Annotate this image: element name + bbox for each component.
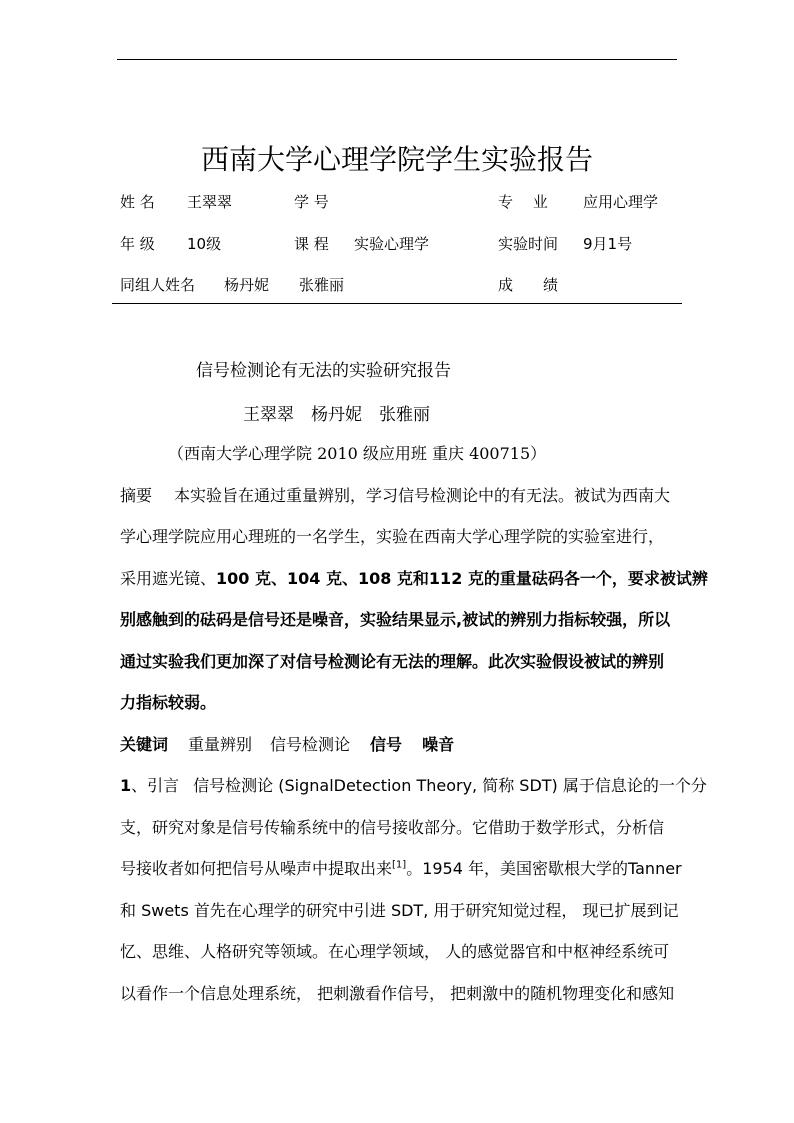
keyword-item: 信号检测论 bbox=[270, 735, 350, 754]
info-row-2: 年 级 10级 课 程 实验心理学 实验时间 9月1号 bbox=[120, 233, 680, 255]
major-label: 专 业 bbox=[498, 191, 548, 212]
major-value: 应用心理学 bbox=[583, 191, 658, 212]
course-value: 实验心理学 bbox=[354, 233, 429, 254]
intro-line-2: 支，研究对象是信号传输系统中的信号接收部分。它借助于数学形式，分析信 bbox=[120, 815, 680, 838]
section-number: 1 bbox=[120, 776, 131, 795]
header-rule bbox=[117, 59, 677, 60]
intro-text: 。1954 年，美国密歇根大学的Tanner bbox=[406, 859, 681, 878]
info-rule bbox=[112, 303, 682, 304]
abstract-line-3: 采用遮光镜、100 克、104 克、108 克和112 克的重量砝码各一个，要求… bbox=[120, 566, 680, 589]
abstract-text: 本实验旨在通过重量辨别，学习信号检测论中的有无法。被试为西南大 bbox=[174, 486, 670, 505]
student-id-label: 学 号 bbox=[294, 191, 329, 212]
keywords-label: 关键词 bbox=[120, 735, 168, 754]
grade-value: 10级 bbox=[187, 233, 221, 254]
intro-line-1: 1、引言信号检测论 (SignalDetection Theory, 简称 SD… bbox=[120, 773, 680, 796]
grade-label: 年 级 bbox=[120, 233, 155, 254]
report-title: 西南大学心理学院学生实验报告 bbox=[0, 138, 794, 178]
keyword-item: 噪音 bbox=[422, 735, 454, 754]
abstract-text-normal: 采用遮光镜、 bbox=[120, 569, 216, 588]
paper-affiliation: （西南大学心理学院 2010 级应用班 重庆 400715） bbox=[168, 441, 546, 464]
abstract-line-4: 别感触到的砝码是信号还是噪音，实验结果显示,被试的辨别力指标较强，所以 bbox=[120, 607, 680, 630]
intro-line-3: 号接收者如何把信号从噪声中提取出来[1]。1954 年，美国密歇根大学的Tann… bbox=[120, 856, 680, 879]
score-label: 成 绩 bbox=[498, 274, 558, 295]
group-member-1: 杨丹妮 bbox=[224, 274, 269, 295]
abstract-text-bold: 100 克、104 克、108 克和112 克的重量砝码各一个，要求被试辨 bbox=[216, 569, 708, 588]
intro-text: 号接收者如何把信号从噪声中提取出来 bbox=[120, 859, 392, 878]
abstract-line-1: 摘要本实验旨在通过重量辨别，学习信号检测论中的有无法。被试为西南大 bbox=[120, 483, 680, 506]
intro-text: 信号检测论 (SignalDetection Theory, 简称 SDT) 属… bbox=[193, 776, 707, 795]
abstract-line-5: 通过实验我们更加深了对信号检测论有无法的理解。此次实验假设被试的辨别 bbox=[120, 649, 680, 672]
citation-ref: [1] bbox=[392, 860, 406, 871]
course-label: 课 程 bbox=[294, 233, 329, 254]
keyword-item: 信号 bbox=[370, 735, 402, 754]
keyword-item: 重量辨别 bbox=[188, 735, 252, 754]
paper-title: 信号检测论有无法的实验研究报告 bbox=[196, 356, 451, 381]
intro-line-6: 以看作一个信息处理系统， 把刺激看作信号， 把刺激中的随机物理变化和感知 bbox=[120, 981, 680, 1004]
section-heading: 、引言 bbox=[131, 776, 179, 795]
abstract-label: 摘要 bbox=[120, 486, 152, 505]
info-row-3: 同组人姓名 杨丹妮 张雅丽 成 绩 bbox=[120, 274, 680, 296]
group-member-2: 张雅丽 bbox=[299, 274, 344, 295]
exp-time-label: 实验时间 bbox=[498, 233, 558, 254]
abstract-line-2: 学心理学院应用心理班的一名学生，实验在西南大学心理学院的实验室进行， bbox=[120, 524, 680, 547]
info-row-1: 姓 名 王翠翠 学 号 专 业 应用心理学 bbox=[120, 191, 680, 213]
keywords-line: 关键词重量辨别信号检测论信号噪音 bbox=[120, 732, 680, 755]
abstract-line-6: 力指标较弱。 bbox=[120, 690, 680, 713]
group-label: 同组人姓名 bbox=[120, 274, 195, 295]
name-value: 王翠翠 bbox=[187, 191, 232, 212]
name-label: 姓 名 bbox=[120, 191, 155, 212]
exp-time-value: 9月1号 bbox=[583, 233, 632, 254]
intro-line-4: 和 Swets 首先在心理学的研究中引进 SDT, 用于研究知觉过程， 现已扩展… bbox=[120, 898, 680, 921]
paper-authors: 王翠翠 杨丹妮 张雅丽 bbox=[243, 400, 430, 425]
intro-line-5: 忆、思维、人格研究等领域。在心理学领域， 人的感觉器官和中枢神经系统可 bbox=[120, 939, 680, 962]
